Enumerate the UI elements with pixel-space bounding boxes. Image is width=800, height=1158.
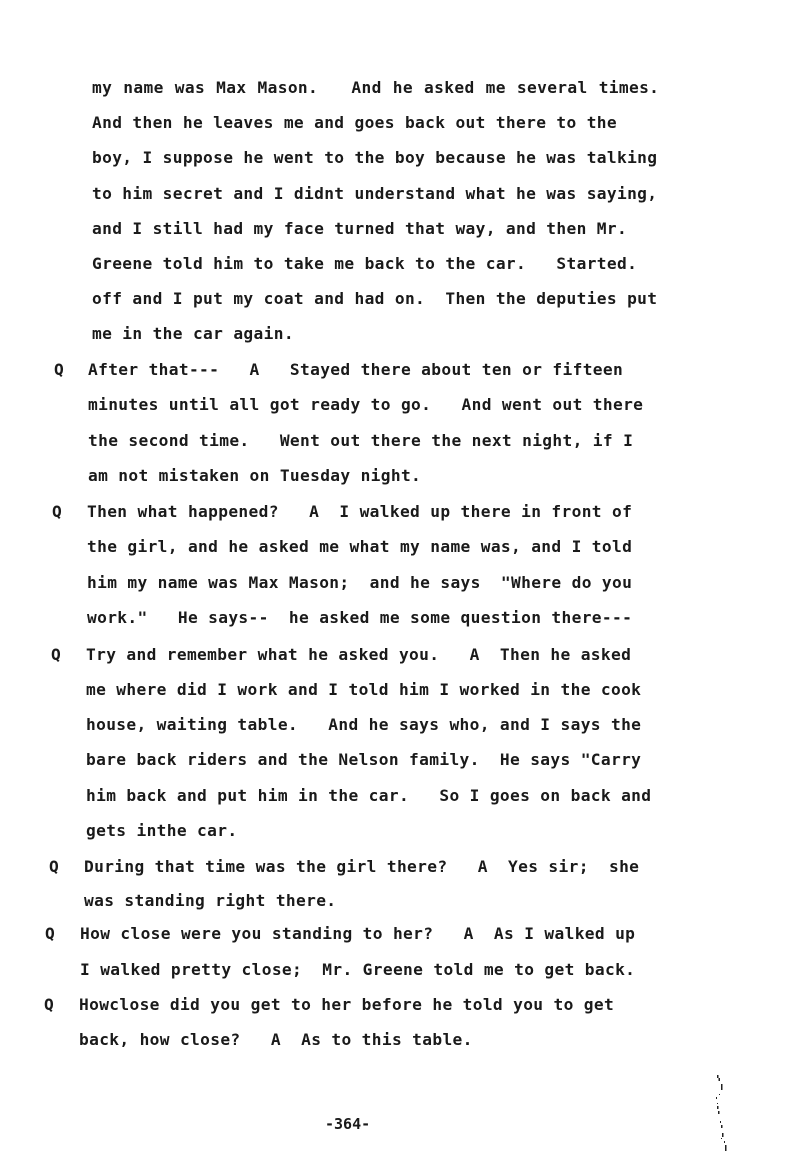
page-number: -364- xyxy=(325,1115,370,1133)
transcript-line: the second time. Went out there the next… xyxy=(88,431,633,451)
transcript-line: off and I put my coat and had on. Then t… xyxy=(92,289,657,309)
transcript-line: back, how close? A As to this table. xyxy=(79,1030,473,1050)
transcript-line: was standing right there. xyxy=(84,891,336,911)
question-marker: Q xyxy=(52,502,62,522)
transcript-line: and I still had my face turned that way,… xyxy=(92,219,627,239)
transcript-line: And then he leaves me and goes back out … xyxy=(92,113,617,133)
transcript-line: house, waiting table. And he says who, a… xyxy=(86,715,641,735)
scan-margin-mark-icon xyxy=(716,1075,734,1153)
question-marker: Q xyxy=(49,857,59,877)
question-marker: Q xyxy=(54,360,64,380)
transcript-line: my name was Max Mason. And he asked me s… xyxy=(92,78,659,98)
transcript-line: How close were you standing to her? A As… xyxy=(80,924,635,944)
transcript-line: Greene told him to take me back to the c… xyxy=(92,254,637,274)
transcript-line: me where did I work and I told him I wor… xyxy=(86,680,641,700)
transcript-line: to him secret and I didnt understand wha… xyxy=(92,184,657,204)
transcript-line: gets inthe car. xyxy=(86,821,237,841)
question-marker: Q xyxy=(45,924,55,944)
transcript-line: me in the car again. xyxy=(92,324,294,344)
transcript-line: minutes until all got ready to go. And w… xyxy=(88,395,643,415)
question-marker: Q xyxy=(51,645,61,665)
transcript-line: am not mistaken on Tuesday night. xyxy=(88,466,421,486)
transcript-line: work." He says-- he asked me some questi… xyxy=(87,608,632,628)
transcript-line: Try and remember what he asked you. A Th… xyxy=(86,645,631,665)
question-marker: Q xyxy=(44,995,54,1015)
transcript-line: I walked pretty close; Mr. Greene told m… xyxy=(80,960,635,980)
transcript-line: During that time was the girl there? A Y… xyxy=(84,857,639,877)
transcript-page: my name was Max Mason. And he asked me s… xyxy=(0,0,800,1158)
transcript-line: him back and put him in the car. So I go… xyxy=(86,786,651,806)
transcript-line: After that--- A Stayed there about ten o… xyxy=(88,360,623,380)
transcript-line: him my name was Max Mason; and he says "… xyxy=(87,573,632,593)
transcript-line: bare back riders and the Nelson family. … xyxy=(86,750,641,770)
transcript-line: Howclose did you get to her before he to… xyxy=(79,995,614,1015)
transcript-line: the girl, and he asked me what my name w… xyxy=(87,537,632,557)
transcript-line: Then what happened? A I walked up there … xyxy=(87,502,632,522)
transcript-line: boy, I suppose he went to the boy becaus… xyxy=(92,148,657,168)
